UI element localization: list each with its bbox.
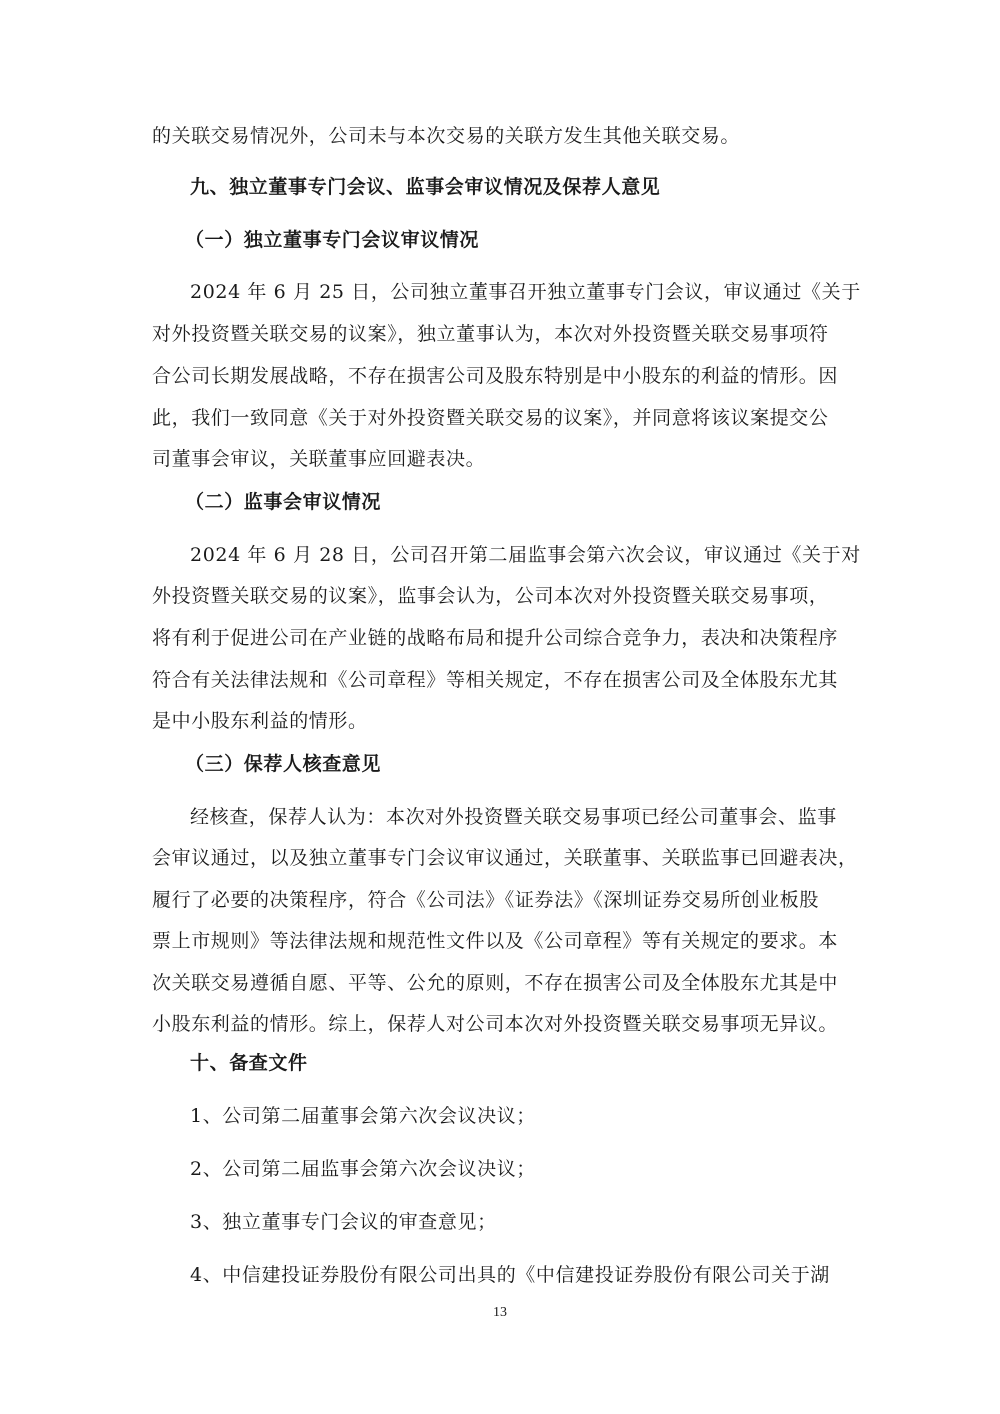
section-heading-10: 十、备查文件: [190, 1051, 890, 1075]
subsection-heading-2: （二）监事会审议情况: [185, 490, 885, 514]
subsection-heading-3: （三）保荐人核查意见: [185, 752, 885, 776]
paragraph-line: 票上市规则》等法律法规和规范性文件以及《公司章程》等有关规定的要求。本: [152, 929, 852, 953]
paragraph-line: 外投资暨关联交易的议案》，监事会认为，公司本次对外投资暨关联交易事项，: [152, 584, 852, 608]
paragraph-line: 合公司长期发展战略，不存在损害公司及股东特别是中小股东的利益的情形。因: [152, 364, 852, 388]
paragraph-line: 会审议通过，以及独立董事专门会议审议通过，关联董事、关联监事已回避表决，: [152, 846, 852, 870]
paragraph-line: 次关联交易遵循自愿、平等、公允的原则，不存在损害公司及全体股东尤其是中: [152, 971, 852, 995]
reference-doc-3: 3、独立董事专门会议的审查意见；: [190, 1210, 890, 1234]
paragraph-line: 此，我们一致同意《关于对外投资暨关联交易的议案》，并同意将该议案提交公: [152, 406, 852, 430]
reference-doc-2: 2、公司第二届监事会第六次会议决议；: [190, 1157, 890, 1181]
paragraph-line: 是中小股东利益的情形。: [152, 709, 852, 733]
paragraph-line: 经核查，保荐人认为：本次对外投资暨关联交易事项已经公司董事会、监事: [190, 805, 890, 829]
reference-doc-4: 4、中信建投证券股份有限公司出具的《中信建投证券股份有限公司关于湖: [190, 1263, 890, 1287]
reference-doc-1: 1、公司第二届董事会第六次会议决议；: [190, 1104, 890, 1128]
paragraph-line: 符合有关法律法规和《公司章程》等相关规定，不存在损害公司及全体股东尤其: [152, 668, 852, 692]
paragraph-line: 小股东利益的情形。综上，保荐人对公司本次对外投资暨关联交易事项无异议。: [152, 1012, 852, 1036]
paragraph-line: 对外投资暨关联交易的议案》，独立董事认为，本次对外投资暨关联交易事项符: [152, 322, 852, 346]
paragraph-line: 将有利于促进公司在产业链的战略布局和提升公司综合竞争力，表决和决策程序: [152, 626, 852, 650]
page-number: 13: [0, 1305, 1000, 1321]
paragraph-line: 司董事会审议，关联董事应回避表决。: [152, 447, 852, 471]
subsection-heading-1: （一）独立董事专门会议审议情况: [185, 228, 885, 252]
paragraph-line: 2024 年 6 月 28 日，公司召开第二届监事会第六次会议，审议通过《关于对: [190, 543, 890, 567]
section-heading-9: 九、独立董事专门会议、监事会审议情况及保荐人意见: [190, 175, 890, 199]
paragraph-line: 履行了必要的决策程序，符合《公司法》《证券法》《深圳证券交易所创业板股: [152, 888, 852, 912]
paragraph-line: 2024 年 6 月 25 日，公司独立董事召开独立董事专门会议，审议通过《关于: [190, 280, 890, 304]
paragraph-line: 的关联交易情况外，公司未与本次交易的关联方发生其他关联交易。: [152, 124, 852, 148]
